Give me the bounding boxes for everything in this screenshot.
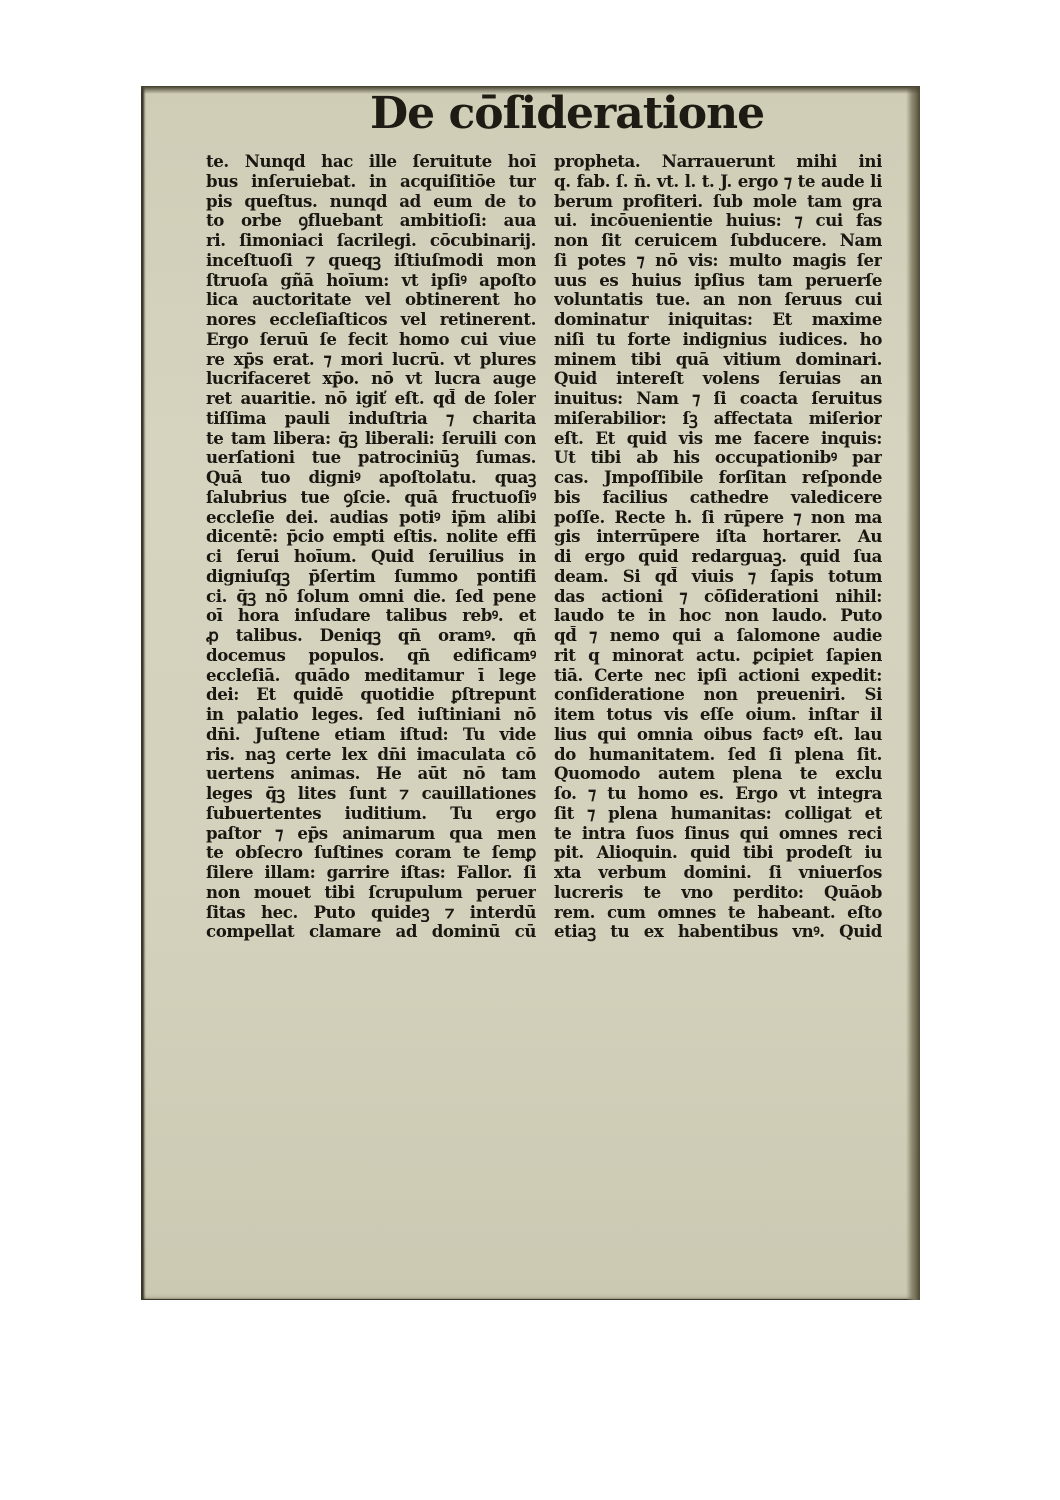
text-line: deam. Si qd̄ viuis ⁊ ſapis totum <box>554 567 882 587</box>
text-line: compellat clamare ad dominū cū <box>206 922 536 942</box>
text-line: leges q̄ꝫ lites ſunt ⁊ cauillationes <box>206 784 536 804</box>
text-line: in palatio leges. ſed iuſtiniani nō <box>206 705 536 725</box>
text-line: laudo te in hoc non laudo. Puto <box>554 606 882 626</box>
text-line: ſit ⁊ plena humanitas: colligat et <box>554 804 882 824</box>
text-line: dn̄i. Juſtene etiam iſtud: Tu vide <box>206 725 536 745</box>
text-line: ſi potes ⁊ nō vis: multo magis ſer <box>554 251 882 271</box>
text-line: ci. q̄ꝫ nō ſolum omni die. ſed pene <box>206 587 536 607</box>
text-line: dominatur iniquitas: Et maxime <box>554 310 882 330</box>
text-line: Ut tibi ab his occupationibꝰ par <box>554 448 882 468</box>
text-line: te obſecro ſuſtines coram te ſemꝑ <box>206 843 536 863</box>
text-line: paſtor ⁊ ep̄s animarum qua men <box>206 824 536 844</box>
text-line: xta verbum domini. ſi vniuerſos <box>554 863 882 883</box>
text-line: item totus vis eſſe oium. inſtar il <box>554 705 882 725</box>
text-line: bus inſeruiebat. in acquiſitiōe tur <box>206 172 536 192</box>
text-line: non mouet tibi ſcrupulum peruer <box>206 883 536 903</box>
text-line: cas. Jmpoſſibile forſitan reſponde <box>554 468 882 488</box>
text-line: inceſtuoſi ⁊ queqꝫ iſtiuſmodi mon <box>206 251 536 271</box>
text-line: uerſationi tue patrociniūꝫ ſumas. <box>206 448 536 468</box>
text-line: ris. naꝫ certe lex dn̄i imaculata cō <box>206 745 536 765</box>
text-line: lica auctoritate vel obtinerent ho <box>206 290 536 310</box>
text-line: ſilere illam: garrire iſtas: Fallor. ſi <box>206 863 536 883</box>
text-line: te intra ſuos ſinus qui omnes reci <box>554 824 882 844</box>
text-line: ri. ſimoniaci ſacrilegi. cōcubinarij. <box>206 231 536 251</box>
text-line: voluntatis tue. an non ſeruus cui <box>554 290 882 310</box>
text-line: Quid intereſt volens ſeruias an <box>554 369 882 389</box>
text-line: Quomodo autem plena te exclu <box>554 764 882 784</box>
text-line: ſubuertentes iuditium. Tu ergo <box>206 804 536 824</box>
text-line: ſtruoſa gñā hoīum: vt ipſiꝰ apoſto <box>206 271 536 291</box>
text-line: Quā tuo digniꝰ apoſtolatu. quaꝫ <box>206 468 536 488</box>
text-line: te. Nunqd hac ille ſeruitute hoī <box>206 152 536 172</box>
text-line: bis facilius cathedre valedicere <box>554 488 882 508</box>
text-line: lucrifaceret xp̄o. nō vt lucra auge <box>206 369 536 389</box>
text-line: propheta. Narrauerunt mihi ini <box>554 152 882 172</box>
text-line: ſitas hec. Puto quideꝫ ⁊ interdū <box>206 903 536 923</box>
text-line: ui. incōuenientie huius: ⁊ cui fas <box>554 211 882 231</box>
text-column-left: te. Nunqd hac ille ſeruitute hoībus inſe… <box>206 152 536 942</box>
text-line: uus es huius ipſius tam peruerſe <box>554 271 882 291</box>
text-line: do humanitatem. ſed ſi plena ſit. <box>554 745 882 765</box>
text-line: te tam libera: q̄ꝫ liberali: ſeruili con <box>206 429 536 449</box>
text-line: inuitus: Nam ⁊ ſi coacta ſeruitus <box>554 389 882 409</box>
text-line: Ergo ſeruū ſe fecit homo cui viue <box>206 330 536 350</box>
running-head-title: De cōſideratione <box>370 84 700 144</box>
text-line: miſerabilior: ſꝫ affectata miſerior <box>554 409 882 429</box>
text-line: tiſſima pauli induſtria ⁊ charita <box>206 409 536 429</box>
text-line: ꝓ talibus. Deniqꝫ qn̄ oramꝰ. qn̄ <box>206 626 536 646</box>
text-line: ret auaritie. nō igiť eſt. qd̄ de ſoler <box>206 389 536 409</box>
text-line: lius qui omnia oibus factꝰ eſt. lau <box>554 725 882 745</box>
text-line: berum profiteri. ſub mole tam gra <box>554 192 882 212</box>
text-line: dei: Et quidē quotidie ꝑſtrepunt <box>206 685 536 705</box>
text-line: poſſe. Recte h. ſi rūpere ⁊ non ma <box>554 508 882 528</box>
text-line: tiā. Certe nec ipſi actioni expedit: <box>554 666 882 686</box>
text-line: re xp̄s erat. ⁊ mori lucrū. vt plures <box>206 350 536 370</box>
text-line: gis interrūpere iſta hortarer. Au <box>554 527 882 547</box>
text-line: q. fab. ſ. n̄. vt. l. t. J. ergo ⁊ te au… <box>554 172 882 192</box>
text-line: nores eccleſiaſticos vel retinerent. <box>206 310 536 330</box>
text-line: dicentē: p̄cio empti eſtis. nolite effi <box>206 527 536 547</box>
text-line: di ergo quid redarguaꝫ. quid ſua <box>554 547 882 567</box>
text-line: etiaꝫ tu ex habentibus vnꝰ. Quid <box>554 922 882 942</box>
text-line: eccleſiā. quādo meditamur ī lege <box>206 666 536 686</box>
text-line: eſt. Et quid vis me facere inquis: <box>554 429 882 449</box>
text-column-right: propheta. Narrauerunt mihi iniq. fab. ſ.… <box>554 152 882 942</box>
text-line: ſo. ⁊ tu homo es. Ergo vt integra <box>554 784 882 804</box>
text-line: das actioni ⁊ cōſiderationi nihil: <box>554 587 882 607</box>
text-line: oī hora inſudare talibus rebꝰ. et <box>206 606 536 626</box>
text-line: ci ſerui hoīum. Quid ſeruilius in <box>206 547 536 567</box>
text-line: eccleſie dei. audias potiꝰ ip̄m alibi <box>206 508 536 528</box>
text-line: non ſit ceruicem ſubducere. Nam <box>554 231 882 251</box>
text-line: qd̄ ⁊ nemo qui a ſalomone audie <box>554 626 882 646</box>
text-line: docemus populos. qn̄ edificamꝰ <box>206 646 536 666</box>
text-line: to orbe ꝯfluebant ambitioſi: aua <box>206 211 536 231</box>
text-line: rem. cum omnes te habeant. eſto <box>554 903 882 923</box>
text-line: uertens animas. He aūt nō tam <box>206 764 536 784</box>
text-line: pis queſtus. nunqd ad eum de to <box>206 192 536 212</box>
text-line: niſi tu forte indignius iudices. ho <box>554 330 882 350</box>
text-line: minem tibi quā vitium dominari. <box>554 350 882 370</box>
text-line: digniuſqꝫ p̄ſertim ſummo pontifi <box>206 567 536 587</box>
text-line: pit. Alioquin. quid tibi prodeſt iu <box>554 843 882 863</box>
text-line: ſalubrius tue ꝯſcie. quā fructuoſiꝰ <box>206 488 536 508</box>
text-line: conſideratione non preueniri. Si <box>554 685 882 705</box>
text-line: lucreris te vno perdito: Quāob <box>554 883 882 903</box>
text-line: rit q minorat actu. ꝑcipiet ſapien <box>554 646 882 666</box>
